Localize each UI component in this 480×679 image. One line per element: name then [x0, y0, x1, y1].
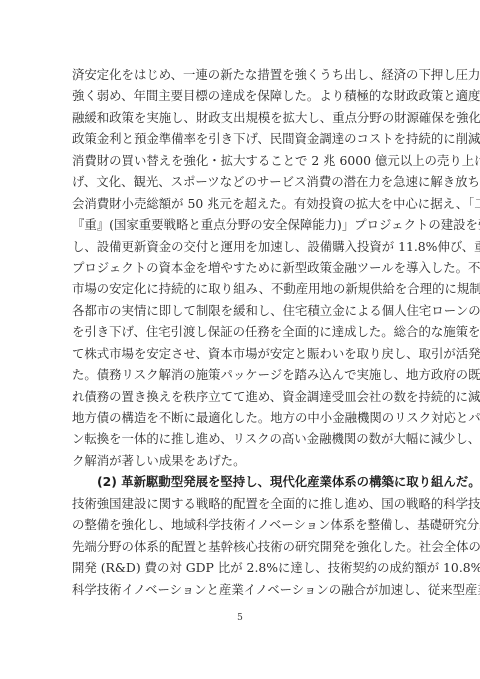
text-line: 会消費財小売総額が 50 兆元を超えた。有効投資の拡大を中心に据え、「二つの	[72, 193, 410, 214]
text-line: の整備を強化し、地域科学技術イノベーション体系を整備し、基礎研究分野・	[72, 514, 410, 535]
text-line: た。債務リスク解消の施策パッケージを踏み込んで実施し、地方政府の既存隠	[72, 364, 410, 385]
text-line: げ、文化、観光、スポーツなどのサービス消費の潜在力を急速に解き放ち、社	[72, 171, 410, 192]
document-page: 済安定化をはじめ、一連の新たな措置を強くうち出し、経済の下押し圧力を力 強く弱め…	[0, 0, 480, 679]
text-line: 各都市の実情に即して制限を緩和し、住宅積立金による個人住宅ローンの金利	[72, 300, 410, 321]
text-line-paragraph-end: ク解消が著しい成果をあげた。	[72, 450, 410, 471]
body-text: 済安定化をはじめ、一連の新たな措置を強くうち出し、経済の下押し圧力を力 強く弱め…	[72, 64, 410, 600]
text-line: 開発 (R&D) 費の対 GDP 比が 2.8%に達し、技術契約の成約額が 10…	[72, 557, 410, 578]
text-line: プロジェクトの資本金を増やすために新型政策金融ツールを導入した。不動産	[72, 257, 410, 278]
text-line: 地方債の構造を不断に最適化した。地方の中小金融機関のリスク対応とパター	[72, 407, 410, 428]
heading-bold-text: (2) 革新駆動型発展を堅持し、現代化産業体系の構築に取り組んだ。	[97, 474, 480, 489]
text-line: 消費財の買い替えを強化・拡大することで 2 兆 6000 億元以上の売り上げをあ	[72, 150, 410, 171]
text-line: 融緩和政策を実施し、財政支出規模を拡大し、重点分野の財源確保を強化し、	[72, 107, 410, 128]
text-line: 技術強国建設に関する戦略的配置を全面的に推し進め、国の戦略的科学技術力	[72, 493, 410, 514]
text-line: 強く弱め、年間主要目標の達成を保障した。より積極的な財政政策と適度な金	[72, 85, 410, 106]
text-line: 『重』(国家重要戦略と重点分野の安全保障能力)」プロジェクトの建設を強化	[72, 214, 410, 235]
text-line: 済安定化をはじめ、一連の新たな措置を強くうち出し、経済の下押し圧力を力	[72, 64, 410, 85]
text-line: 政策金利と預金準備率を引き下げ、民間資金調達のコストを持続的に削減した。	[72, 128, 410, 149]
text-line: 先端分野の体系的配置と基幹核心技術の研究開発を強化した。社会全体の研究	[72, 536, 410, 557]
text-line: し、設備更新資金の交付と運用を加速し、設備購入投資が 11.8%伸び、重点	[72, 236, 410, 257]
text-line: を引き下げ、住宅引渡し保証の任務を全面的に達成した。総合的な施策を講じ	[72, 321, 410, 342]
text-line: 市場の安定化に持続的に取り組み、不動産用地の新規供給を合理的に規制し、	[72, 278, 410, 299]
text-line: て株式市場を安定させ、資本市場が安定と賑わいを取り戻し、取引が活発化し	[72, 343, 410, 364]
page-number: 5	[0, 613, 480, 623]
text-line: 科学技術イノベーションと産業イノベーションの融合が加速し、従来型産業の	[72, 579, 410, 600]
text-line: ン転換を一体的に推し進め、リスクの高い金融機関の数が大幅に減少し、リス	[72, 428, 410, 449]
section-heading: (2) 革新駆動型発展を堅持し、現代化産業体系の構築に取り組んだ。科学	[72, 471, 410, 492]
text-line: れ債務の置き換えを秩序立てて進め、資金調達受皿会社の数を持続的に減らし、	[72, 386, 410, 407]
